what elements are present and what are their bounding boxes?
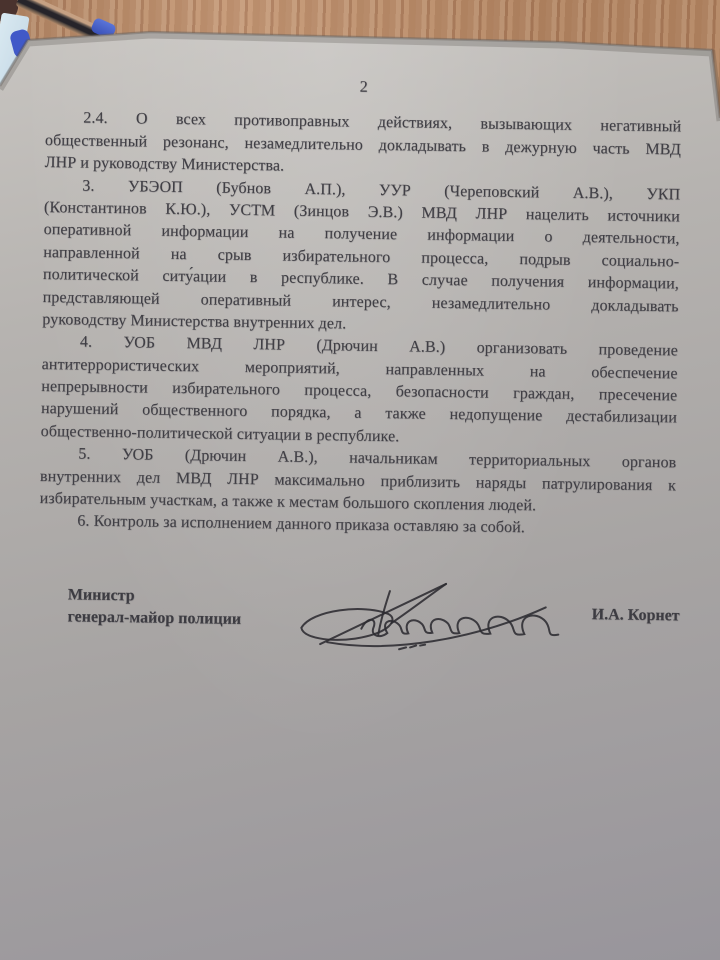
paragraph-5: 5. УОБ (Дрючин А.В.), начальникам террит… [39, 443, 676, 520]
paragraph-3: 3. УБЭОП (Бубнов А.П.), УУР (Череповский… [42, 175, 680, 341]
paragraph-4: 4. УОБ МВД ЛНР (Дрючин А.В.) организоват… [40, 331, 678, 452]
photo-of-document: 2 2.4. О всех противоправных действиях, … [0, 0, 720, 960]
signature-block: Министр генерал-майор полиции И.А. Корне… [45, 584, 682, 673]
post-line: генерал-майор полиции [67, 606, 241, 631]
minister-name: И.А. Корнет [592, 606, 680, 625]
handwritten-signature [293, 576, 564, 664]
document-body: 2 2.4. О всех противоправных действиях, … [39, 72, 682, 542]
minister-post: Министр генерал-майор полиции [67, 584, 241, 631]
post-line: Министр [68, 584, 242, 609]
paragraph-2-4: 2.4. О всех противоправных действиях, вы… [44, 107, 681, 184]
